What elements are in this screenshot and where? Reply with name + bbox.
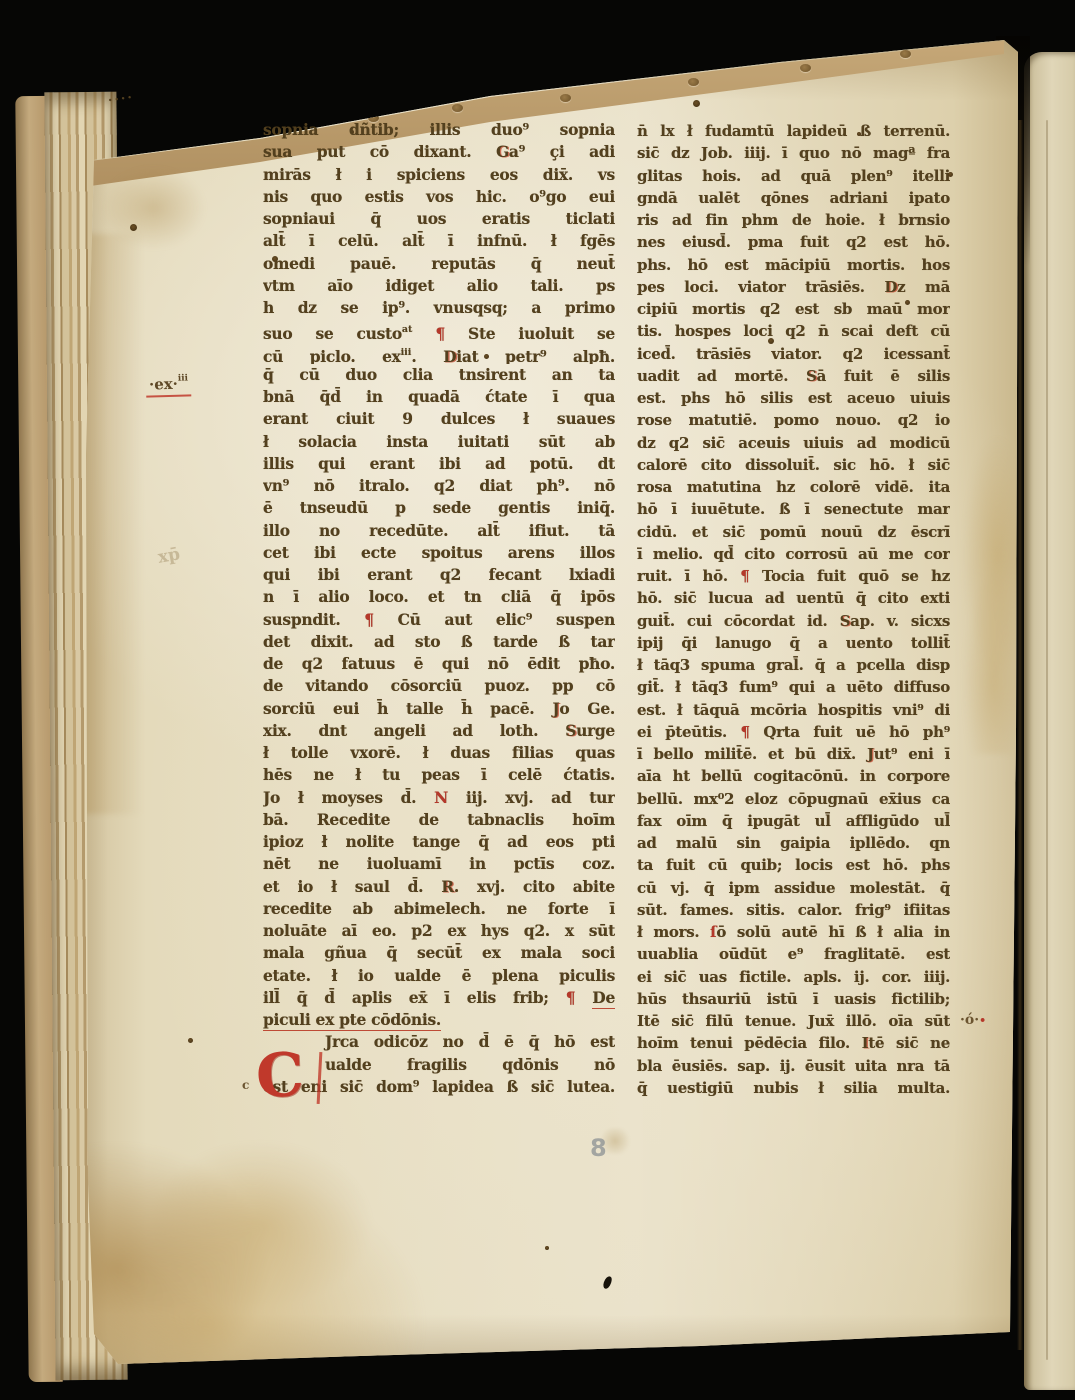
text-line: est. phs hō silis est aceuo uiuis: [637, 387, 950, 409]
text-segment: est eni sic̄ dom⁹ lapidea ß sic̄ lutea.: [263, 1077, 615, 1096]
text-segment: ī bello milit̄ē. et bū dix̄.: [637, 745, 867, 763]
wormhole: [130, 224, 137, 231]
text-segment: ad malū sin gaipia ipllēdo. qn: [637, 834, 950, 852]
wormhole: [545, 1246, 549, 1250]
text-segment: xix. dnt angeli ad loth.: [263, 721, 565, 740]
text-segment: hō ī iuuētute. ß ī senectute mar: [637, 500, 950, 518]
text-segment: nes eiusd̄. pma fuit q2 est hō.: [637, 233, 950, 251]
faint-folio-number: 8: [590, 1134, 607, 1162]
text-segment: [412, 324, 435, 341]
text-line: cipiū mortis q2 est sb maū mor: [637, 298, 950, 320]
text-segment: nēt ne iuoluamī in pctīs coz.: [263, 854, 615, 873]
text-segment: cidū. et sic̄ pomū nouū dz ēscrī: [637, 523, 950, 541]
sewing-hole-bump: [220, 134, 231, 142]
paraph-mark: ¶: [566, 988, 576, 1007]
text-line: n ī alio loco. et tn cliā q̄ ipōs: [263, 586, 615, 608]
text-line: Jo ł moyses d̄. N iij. xvj. ad tur: [263, 787, 615, 809]
text-line: hō. sic̄ lucua ad uentū q̄ cito exti: [637, 587, 950, 609]
text-segment: hūs thsauriū istū ī uasis fictilib;: [637, 990, 950, 1008]
text-segment: ualde fragilis qdōnis nō: [325, 1055, 615, 1074]
text-line: guit̄. cui cōcordat id. Sap. v. sicxs: [637, 610, 950, 632]
text-line: q̄ uestigiū nubis ł silia multa.: [637, 1077, 950, 1099]
text-line: alt̄ ī celū. alt̄ ī infnū. ł fgēs: [263, 230, 615, 252]
text-line: Itē sic̄ filū tenue. Jux̄ illō. oīa sūt: [637, 1010, 950, 1032]
text-segment: ta fuit cū quib; locis est hō. phs: [637, 856, 950, 874]
text-segment: rose matutiē. pomo nouo. q2 io: [637, 411, 950, 429]
text-segment: ap. v. sicxs: [850, 612, 950, 630]
facing-page-crease: [1046, 120, 1048, 1360]
text-segment: ō solū autē hī ß ł alia in: [716, 923, 950, 941]
page-seam-line: [1017, 120, 1023, 1350]
text-segment: J: [867, 745, 874, 763]
text-line: Jrca odicōz no d̄ ē q̄ hō est: [263, 1031, 615, 1053]
text-segment: suo se custo: [263, 324, 402, 341]
text-segment: G: [496, 142, 509, 161]
text-segment: piculi ex pte cōdōnis.: [263, 1010, 441, 1031]
text-line: ad malū sin gaipia ipllēdo. qn: [637, 832, 950, 854]
text-segment: hō. sic̄ lucua ad uentū q̄ cito exti: [637, 589, 950, 607]
margin-dots: ····: [107, 90, 135, 108]
margin-tie-mark: ·ó·•: [960, 1012, 986, 1028]
text-segment: ei p̄teūtis.: [637, 723, 741, 741]
text-segment: omedi pauē. reputās q̄ neut̄: [263, 254, 615, 273]
paraph-mark: ¶: [741, 723, 750, 741]
text-segment: tē sic̄ ne: [868, 1034, 950, 1052]
wormhole: [188, 1038, 193, 1043]
margin-ghost-note: xp̄: [156, 544, 181, 568]
text-line: illis qui erant ibi ad potū. dt: [263, 453, 615, 475]
text-line: vtm aīo idiget alio tali. ps: [263, 275, 615, 297]
text-line: fax oīm q̄ ipugāt ul̄ affligūdo ul̄: [637, 810, 950, 832]
text-segment: a⁹ çi adi: [509, 142, 615, 161]
text-segment: glitas hois. ad quā plen⁹ itelli: [637, 167, 950, 185]
text-segment: at: [402, 324, 413, 335]
text-segment: [575, 988, 592, 1007]
text-segment: cipiū mortis q2 est sb maū mor: [637, 300, 950, 318]
text-segment: sua put cō dixant.: [263, 142, 496, 161]
text-line: etate. ł io ualde ē plena piculis: [263, 965, 615, 987]
text-line: bā. Recedite de tabnaclis hoīm: [263, 809, 615, 831]
text-segment: S: [565, 721, 576, 740]
text-line: est. ł tāquā mcōria hospitis vni⁹ di: [637, 699, 950, 721]
stain-top-left: [90, 154, 230, 274]
text-line: rosa matutina hz colorē vidē. ita: [637, 476, 950, 498]
text-line: cidū. et sic̄ pomū nouū dz ēscrī: [637, 521, 950, 543]
margin-note-ex-text: ·ex·: [149, 375, 178, 394]
text-line: illo no recedūte. alt̄ ifiut. tā: [263, 520, 615, 542]
text-line: suo se custoat ¶ Ste iuoluit se: [263, 319, 615, 341]
text-segment: de q2 fatuus ē qui nō ēdit pħo.: [263, 654, 615, 673]
text-segment: cū vj. q̄ ipm assidue molestāt. q̄: [637, 879, 950, 897]
text-line: bnā q̄d̄ in quadā ćtate ī qua: [263, 386, 615, 408]
text-segment: fax oīm q̄ ipugāt ul̄ affligūdo ul̄: [637, 812, 950, 830]
text-line: de vitando cōsorciū puoz. pp cō: [263, 675, 615, 697]
text-segment: Jrca odicōz no d̄ ē q̄ hō est: [325, 1032, 615, 1051]
text-segment: noluāte aī eo. p2 ex hys q2. x sūt: [263, 921, 615, 940]
text-line: det dixit. ad sto ß tarde ß tar: [263, 631, 615, 653]
text-line: est eni sic̄ dom⁹ lapidea ß sic̄ lutea.: [263, 1076, 615, 1098]
tie-mark-red-dot: •: [979, 1014, 986, 1027]
text-segment: gndā ualēt qōnes adriani ipato: [637, 189, 950, 207]
text-line: bla ēusiēs. sap. ij. ēusit uita nra tā: [637, 1055, 950, 1077]
text-segment: sic̄ dz Job. iiij. ī quo nō magª fra: [637, 144, 950, 162]
text-segment: sopnia dñtib; illis duo⁹ sopnia: [263, 120, 615, 139]
sewing-hole-bump: [560, 94, 571, 102]
text-segment: Tocia fuit quō se hz: [750, 567, 950, 585]
text-segment: uuablia oūdūt e⁹ fraglitatē. est: [637, 945, 950, 963]
text-line: ī bello milit̄ē. et bū dix̄. Jut⁹ eni ī: [637, 743, 950, 765]
text-segment: bā. Recedite de tabnaclis hoīm: [263, 810, 615, 829]
text-line: sopniaui q̄ uos eratis ticlati: [263, 208, 615, 230]
text-segment: iat petr⁹ alpħ.: [456, 347, 615, 364]
text-segment: Ste iuoluit se: [445, 324, 615, 341]
text-line: mala gñua q̄ secūt̄ ex mala soci: [263, 942, 615, 964]
text-segment: ris ad fin phm de hoie. ł brnsio: [637, 211, 950, 229]
text-segment: qui ibi erant q2 fecant lxiadi: [263, 565, 615, 584]
column-right: n̄ lx ł fudamtū lapideū ß terrenū.sic̄ d…: [637, 120, 950, 1099]
text-segment: D: [443, 347, 456, 364]
text-line: hō ī iuuētute. ß ī senectute mar: [637, 498, 950, 520]
text-segment: guit̄. cui cōcordat id.: [637, 612, 840, 630]
text-segment: est. phs hō silis est aceuo uiuis: [637, 389, 950, 407]
text-segment: rosa matutina hz colorē vidē. ita: [637, 478, 950, 496]
text-segment: N: [434, 788, 448, 807]
text-segment: urge: [576, 721, 615, 740]
text-line: hēs ne ł tu peas ī celē ćtatis.: [263, 764, 615, 786]
column-left: sopnia dñtib; illis duo⁹ sopniasua put c…: [263, 119, 615, 1098]
text-line: sua put cō dixant. Ga⁹ çi adi: [263, 141, 615, 163]
text-line: ł solacia insta iuitati sūt ab: [263, 431, 615, 453]
text-segment: vn⁹ nō itralo. q2 diat ph⁹. nō: [263, 476, 615, 495]
text-line: ualde fragilis qdōnis nō: [263, 1054, 615, 1076]
text-segment: ei sic̄ uas fictile. apls. ij. cor. iiij…: [637, 968, 950, 986]
text-segment: de vitando cōsorciū puoz. pp cō: [263, 676, 615, 695]
stain-right-edge: [955, 424, 1025, 754]
text-segment: sopniaui q̄ uos eratis ticlati: [263, 209, 615, 228]
text-line: ī melio. qd̄ cito corrosū aū me cor: [637, 543, 950, 565]
text-segment: . xvj. cito abite: [454, 877, 615, 896]
text-line: et io ł saul d̄. R. xvj. cito abite: [263, 876, 615, 898]
text-segment: git̄. ł tāq3 fum⁹ qui a uēto diffuso: [637, 678, 950, 696]
text-segment: iii: [401, 347, 412, 358]
text-segment: uadit ad mortē.: [637, 367, 806, 385]
text-segment: q̄ cū duo clia tnsirent an ta: [263, 365, 615, 384]
text-line: sic̄ dz Job. iiij. ī quo nō magª fra: [637, 142, 950, 164]
sewing-hole-bump: [688, 78, 699, 86]
text-segment: bla ēusiēs. sap. ij. ēusit uita nra tā: [637, 1057, 950, 1075]
text-line: q̄ cū duo clia tnsirent an ta: [263, 364, 615, 386]
text-line: recedite ab abimelech. ne forte ī: [263, 898, 615, 920]
text-line: hoīm tenui pēdēcia filo. Itē sic̄ ne: [637, 1032, 950, 1054]
text-line: ris ad fin phm de hoie. ł brnsio: [637, 209, 950, 231]
text-line: vn⁹ nō itralo. q2 diat ph⁹. nō: [263, 475, 615, 497]
text-line: ei p̄teūtis. ¶ Qrta fuit uē hō ph⁹: [637, 721, 950, 743]
text-segment: hēs ne ł tu peas ī celē ćtatis.: [263, 765, 615, 784]
text-line: ē tnseudū p sede gentis iniq̄.: [263, 497, 615, 519]
text-segment: D: [884, 278, 897, 296]
text-segment: est. ł tāquā mcōria hospitis vni⁹ di: [637, 701, 950, 719]
text-line: pes loci. viator trāsiēs. Dz mā: [637, 276, 950, 298]
text-segment: hoīm tenui pēdēcia filo.: [637, 1034, 862, 1052]
text-line: nēt ne iuoluamī in pctīs coz.: [263, 853, 615, 875]
rubricated-initial: C: [255, 1047, 305, 1105]
text-segment: vtm aīo idiget alio tali. ps: [263, 276, 615, 295]
text-segment: ł tolle vxorē. ł duas filias quas: [263, 743, 615, 762]
text-segment: Cū aut elic⁹ suspen: [374, 610, 615, 629]
text-segment: et io ł saul d̄.: [263, 877, 441, 896]
text-segment: suspndit.: [263, 610, 364, 629]
text-line: bellū. mx⁰2 eloz cōpugnaū ex̄ius ca: [637, 788, 950, 810]
text-line: n̄ lx ł fudamtū lapideū ß terrenū.: [637, 120, 950, 142]
text-segment: ī melio. qd̄ cito corrosū aū me cor: [637, 545, 950, 563]
text-line: calorē cito dissoluit̄. sic hō. ł sic̄: [637, 454, 950, 476]
sewing-hole-bump: [800, 64, 811, 72]
text-segment: cū piclo. ex: [263, 347, 401, 364]
text-segment: recedite ab abimelech. ne forte ī: [263, 899, 615, 918]
margin-note-ex-superscript: iii: [178, 373, 189, 383]
text-segment: ł tāq3 spuma gral̄. q̄ a pcella disp: [637, 656, 950, 674]
text-segment: iced̄. trāsiēs viator. q2 icessant̄: [637, 345, 950, 363]
text-line: omedi pauē. reputās q̄ neut̄: [263, 253, 615, 275]
text-line: ł mors. ſō solū autē hī ß ł alia in: [637, 921, 950, 943]
text-line: cū vj. q̄ ipm assidue molestāt. q̄: [637, 877, 950, 899]
text-line: h dz se ip⁹. vnusqsq; a primo: [263, 297, 615, 319]
sewing-hole-bump: [452, 104, 463, 112]
text-segment: ut⁹ eni ī: [874, 745, 950, 763]
facing-page-edge: [1024, 52, 1075, 1390]
text-segment: dz q2 sic̄ aceuis uiuis ad modicū: [637, 434, 950, 452]
text-line: gndā ualēt qōnes adriani ipato: [637, 187, 950, 209]
text-line: xix. dnt angeli ad loth. Surge: [263, 720, 615, 742]
text-line: rose matutiē. pomo nouo. q2 io: [637, 409, 950, 431]
text-line: erant ciuit 9 dulces ł suaues: [263, 408, 615, 430]
text-line: iced̄. trāsiēs viator. q2 icessant̄: [637, 343, 950, 365]
text-segment: ł solacia insta iuitati sūt ab: [263, 432, 615, 451]
text-line: ei sic̄ uas fictile. apls. ij. cor. iiij…: [637, 966, 950, 988]
text-line: ł tolle vxorē. ł duas filias quas: [263, 742, 615, 764]
text-segment: S: [806, 367, 817, 385]
text-segment: Itē sic̄ filū tenue. Jux̄ illō. oīa sūt: [637, 1012, 950, 1030]
text-line: phs. hō est mācipiū mortis. hos: [637, 254, 950, 276]
text-line: noluāte aī eo. p2 ex hys q2. x sūt: [263, 920, 615, 942]
text-segment: etate. ł io ualde ē plena piculis: [263, 966, 615, 985]
text-line: uuablia oūdūt e⁹ fraglitatē. est: [637, 943, 950, 965]
text-line: piculi ex pte cōdōnis.: [263, 1009, 615, 1031]
text-segment: ā fuit ē silis: [817, 367, 950, 385]
text-segment: nis quo estis vos hic. o⁹go eui: [263, 187, 615, 206]
text-segment: bellū. mx⁰2 eloz cōpugnaū ex̄ius ca: [637, 790, 950, 808]
initial-guide-letter: c: [242, 1078, 249, 1092]
text-segment: .: [411, 347, 443, 364]
text-segment: q̄ uestigiū nubis ł silia multa.: [637, 1079, 950, 1097]
text-line: tis. hospes loci q2 n̄ scai deft cū: [637, 320, 950, 342]
text-segment: iij. xvj. ad tur: [448, 788, 615, 807]
text-line: git̄. ł tāq3 fum⁹ qui a uēto diffuso: [637, 676, 950, 698]
text-segment: o Ge.: [559, 699, 615, 718]
text-segment: De: [592, 988, 615, 1009]
text-line: nes eiusd̄. pma fuit q2 est hō.: [637, 231, 950, 253]
paraph-mark: ¶: [435, 324, 445, 341]
paraph-mark: ¶: [364, 610, 374, 629]
text-line: sūt. fames. sitis. calor. frig⁹ ifiitas: [637, 899, 950, 921]
text-segment: ill̄ q̄ d̄ aplis ex̄ ī elis frib;: [263, 988, 566, 1007]
text-segment: ruit. ī hō.: [637, 567, 740, 585]
text-segment: R: [441, 877, 454, 896]
text-line: glitas hois. ad quā plen⁹ itelli: [637, 165, 950, 187]
tie-mark-text: ·ó·: [960, 1012, 979, 1028]
text-segment: Jo ł moyses d̄.: [263, 788, 434, 807]
text-segment: alt̄ ī celū. alt̄ ī infnū. ł fgēs: [263, 231, 615, 250]
text-line: cū piclo. exiii. Diat petr⁹ alpħ.: [263, 342, 615, 364]
text-line: aīa ht bellū cogitacōnū. in corpore: [637, 765, 950, 787]
text-segment: S: [840, 612, 851, 630]
text-segment: h dz se ip⁹. vnusqsq; a primo: [263, 298, 615, 317]
text-segment: Qrta fuit uē hō ph⁹: [750, 723, 950, 741]
text-segment: phs. hō est mācipiū mortis. hos: [637, 256, 950, 274]
text-line: hūs thsauriū istū ī uasis fictilib;: [637, 988, 950, 1010]
text-segment: illis qui erant ibi ad potū. dt: [263, 454, 615, 473]
text-segment: tis. hospes loci q2 n̄ scai deft cū: [637, 322, 950, 340]
text-line: ipioz ł nolite tange q̄ ad eos pti: [263, 831, 615, 853]
text-line: ł tāq3 spuma gral̄. q̄ a pcella disp: [637, 654, 950, 676]
text-segment: sorciū eui h̄ talle h̄ pacē.: [263, 699, 552, 718]
paraph-mark: ¶: [740, 567, 749, 585]
text-segment: ipij q̄i lanugo q̄ a uento tollit̄: [637, 634, 950, 652]
text-segment: calorē cito dissoluit̄. sic hō. ł sic̄: [637, 456, 950, 474]
text-line: cet ibi ecte spoitus arens illos: [263, 542, 615, 564]
text-line: dz q2 sic̄ aceuis uiuis ad modicū: [637, 432, 950, 454]
text-segment: z mā: [897, 278, 950, 296]
text-line: suspndit. ¶ Cū aut elic⁹ suspen: [263, 609, 615, 631]
text-segment: n ī alio loco. et tn cliā q̄ ipōs: [263, 587, 615, 606]
text-segment: erant ciuit 9 dulces ł suaues: [263, 409, 615, 428]
text-line: uadit ad mortē. Sā fuit ē silis: [637, 365, 950, 387]
text-segment: cet ibi ecte spoitus arens illos: [263, 543, 615, 562]
text-line: mirās ł i spiciens eos dix̄. vs: [263, 164, 615, 186]
text-segment: bnā q̄d̄ in quadā ćtate ī qua: [263, 387, 615, 406]
text-segment: mirās ł i spiciens eos dix̄. vs: [263, 165, 615, 184]
text-segment: mala gñua q̄ secūt̄ ex mala soci: [263, 943, 615, 962]
margin-note-ex: ·ex·iii: [146, 373, 192, 397]
text-line: qui ibi erant q2 fecant lxiadi: [263, 564, 615, 586]
text-line: ta fuit cū quib; locis est hō. phs: [637, 854, 950, 876]
text-segment: ē tnseudū p sede gentis iniq̄.: [263, 498, 615, 517]
text-segment: det dixit. ad sto ß tarde ß tar: [263, 632, 615, 651]
text-segment: pes loci. viator trāsiēs.: [637, 278, 884, 296]
text-line: sorciū eui h̄ talle h̄ pacē. Jo Ge.: [263, 698, 615, 720]
text-line: ipij q̄i lanugo q̄ a uento tollit̄: [637, 632, 950, 654]
text-line: nis quo estis vos hic. o⁹go eui: [263, 186, 615, 208]
text-segment: ł mors.: [637, 923, 710, 941]
text-line: ill̄ q̄ d̄ aplis ex̄ ī elis frib; ¶ De: [263, 987, 615, 1009]
text-segment: sūt. fames. sitis. calor. frig⁹ ifiitas: [637, 901, 950, 919]
text-segment: aīa ht bellū cogitacōnū. in corpore: [637, 767, 950, 785]
text-segment: ipioz ł nolite tange q̄ ad eos pti: [263, 832, 615, 851]
text-line: sopnia dñtib; illis duo⁹ sopnia: [263, 119, 615, 141]
text-segment: n̄ lx ł fudamtū lapideū ß terrenū.: [637, 122, 950, 140]
sewing-hole-bump: [900, 50, 911, 58]
text-line: ruit. ī hō. ¶ Tocia fuit quō se hz: [637, 565, 950, 587]
wormhole: [380, 92, 385, 97]
text-segment: illo no recedūte. alt̄ ifiut. tā: [263, 521, 615, 540]
wormhole: [693, 100, 700, 107]
text-line: de q2 fatuus ē qui nō ēdit pħo.: [263, 653, 615, 675]
